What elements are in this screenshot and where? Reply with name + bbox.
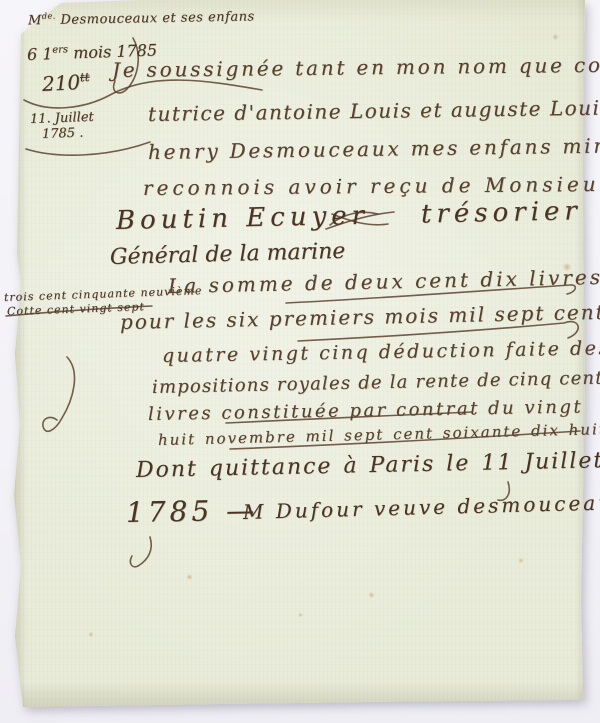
body-line-1: Je soussignée tant en mon nom que comme	[112, 52, 600, 82]
stain	[186, 574, 193, 580]
docket-period-sup: ers	[52, 44, 68, 56]
livre-symbol: tt	[80, 70, 90, 84]
stain	[552, 34, 559, 40]
docket-name-sup: de.	[42, 12, 56, 21]
stain	[518, 558, 524, 563]
body-line-5-post: trésorier	[421, 196, 582, 229]
docket-period-pre: 6 1	[27, 44, 53, 64]
manuscript-photo: Mde. Desmouceaux et ses enfans 6 1ers mo…	[0, 0, 600, 723]
docket-date-line1: 11. Juillet	[30, 110, 94, 127]
body-line-4: reconnois avoir reçu de Monsieur	[143, 172, 600, 200]
struck-word-gap	[369, 223, 421, 224]
stain	[298, 613, 303, 617]
stain	[368, 592, 375, 598]
docket-amount-value: 210	[41, 70, 80, 96]
docket-name-pre: M	[28, 13, 42, 28]
docket-date-line2: 1785 .	[42, 126, 84, 142]
body-year: 1785 —	[126, 494, 259, 529]
stain	[88, 632, 94, 637]
body-line-5-pre: Boutin Ecuyer	[116, 201, 370, 236]
docket-amount: 210tt	[41, 70, 90, 96]
